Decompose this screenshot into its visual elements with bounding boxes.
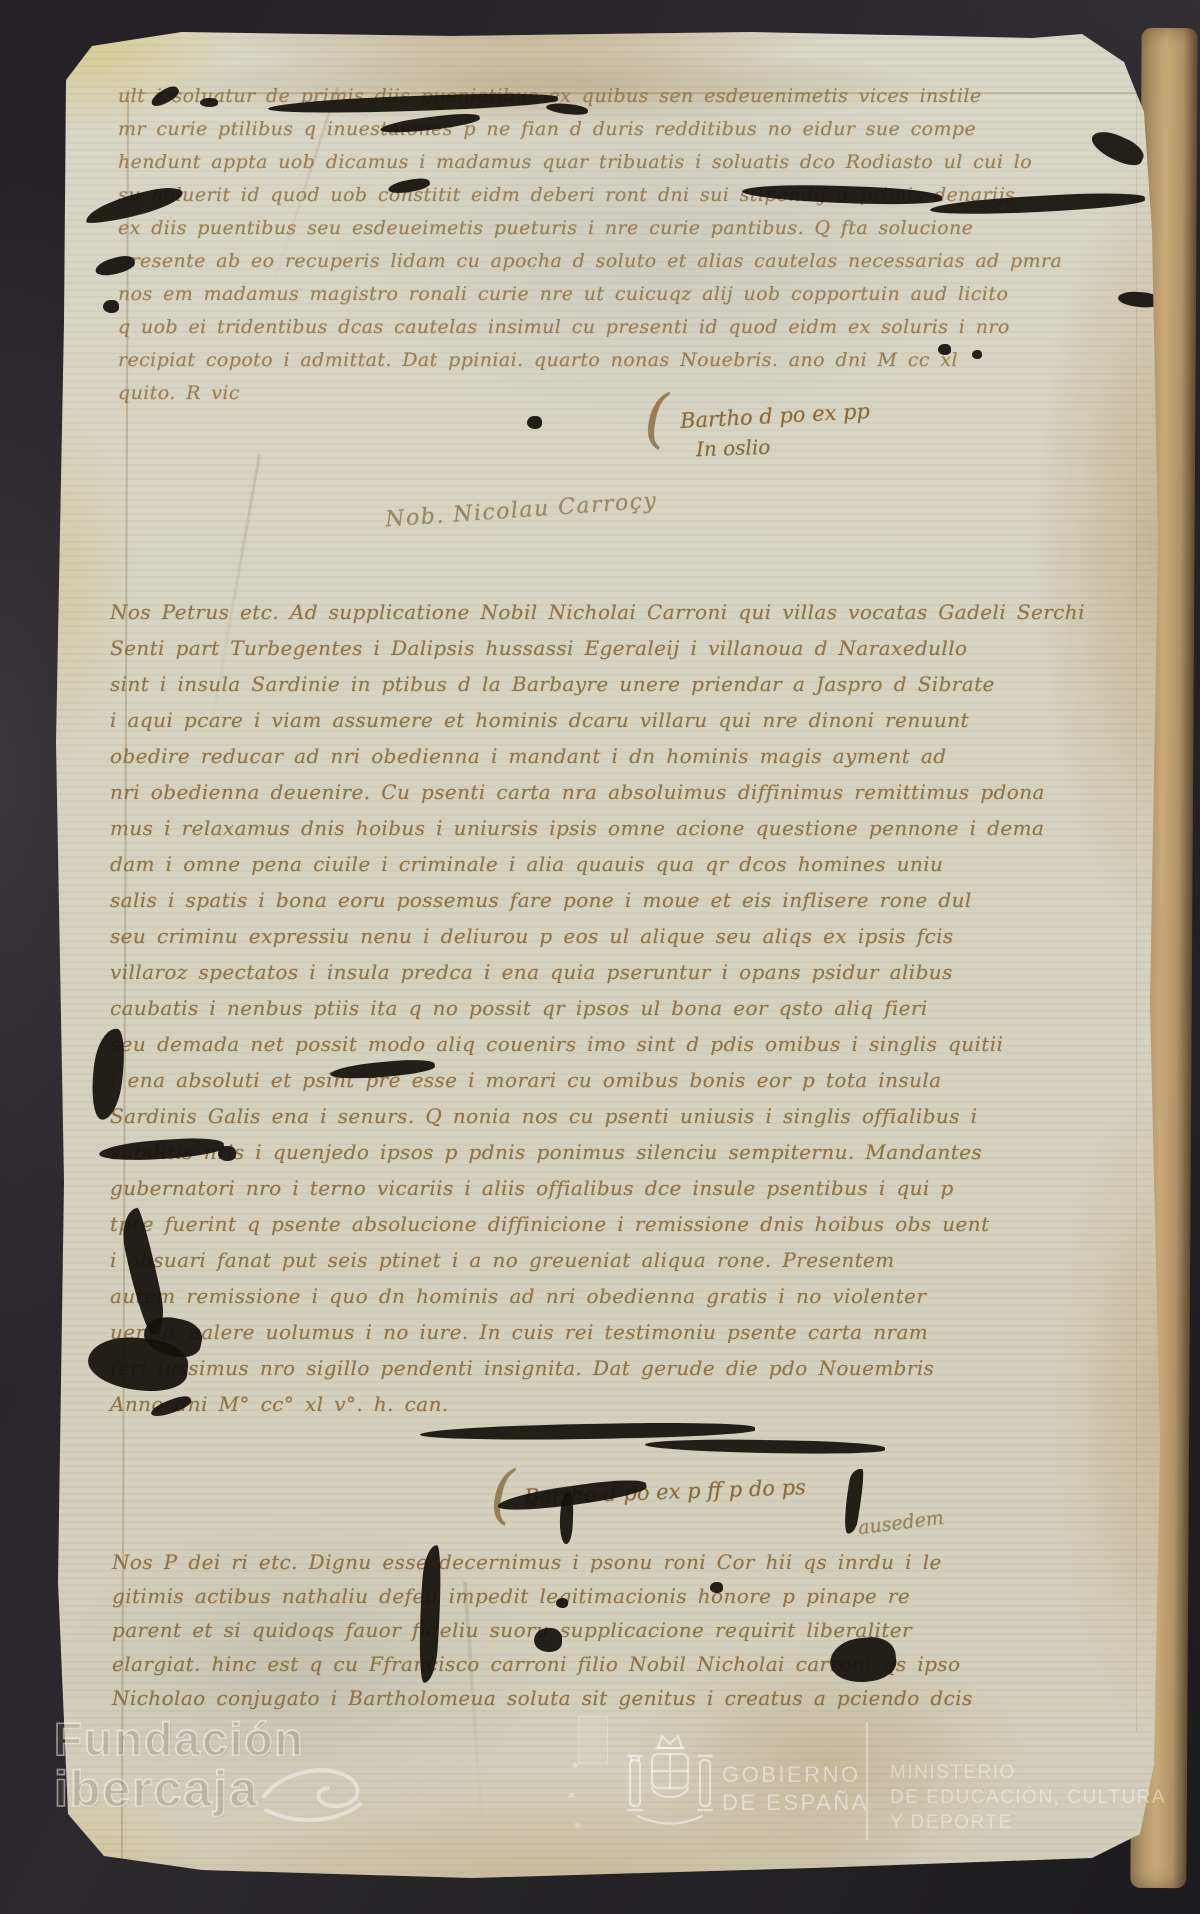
ink-blot bbox=[103, 300, 119, 313]
manuscript-text-line: Anno dni M° cc° xl v°. h. can. bbox=[110, 1386, 1144, 1422]
manuscript-text-line: hendunt appta uob dicamus i madamus quar… bbox=[118, 146, 1132, 179]
ink-blot bbox=[645, 1438, 885, 1455]
signature-paren: ( bbox=[644, 382, 669, 456]
ink-blot bbox=[559, 1492, 574, 1544]
ink-blot bbox=[527, 416, 542, 429]
manuscript-text-line: i obsuari fanat put seis ptinet i a no g… bbox=[110, 1242, 1144, 1278]
photograph-background: ult i soluatur de primis diis puenietibu… bbox=[0, 0, 1200, 1914]
ink-blot bbox=[218, 1146, 236, 1161]
manuscript-text-line: Nos P dei ri etc. Dignu esse decernimus … bbox=[112, 1545, 1126, 1579]
manuscript-text-line: caubatis i nenbus ptiis ita q no possit … bbox=[110, 990, 1144, 1026]
ink-blot bbox=[972, 350, 982, 359]
manuscript-text-line: salis i spatis i bona eoru possemus fare… bbox=[110, 882, 1144, 918]
manuscript-text-line: feri iussimus nro sigillo pendenti insig… bbox=[110, 1350, 1144, 1386]
manuscript-text-line: q uob ei tridentibus dcas cautelas insim… bbox=[118, 311, 1132, 344]
manuscript-text-line: seu criminu expressiu nenu i deliurou p … bbox=[110, 918, 1144, 954]
ink-blot bbox=[200, 98, 218, 107]
manuscript-text-line: Nos Petrus etc. Ad supplicatione Nobil N… bbox=[110, 594, 1144, 630]
manuscript-text-line: mr curie ptilibus q inuestaiones p ne fi… bbox=[118, 113, 1132, 146]
manuscript-text-line: presente ab eo recuperis lidam cu apocha… bbox=[118, 245, 1132, 278]
manuscript-text-line: seu demada net possit modo aliq couenirs… bbox=[110, 1026, 1144, 1062]
notary-signature-sub: ausedem bbox=[857, 1507, 945, 1539]
manuscript-text-line: nos em madamus magistro ronali curie nre… bbox=[118, 278, 1132, 311]
manuscript-text-line: ex diis puentibus seu esdeueimetis puetu… bbox=[118, 212, 1132, 245]
notary-signature-sub: In oslio bbox=[696, 435, 771, 462]
manuscript-text-line: autem remissione i quo dn hominis ad nri… bbox=[110, 1278, 1144, 1314]
manuscript-text-line: i aqui pcare i viam assumere et hominis … bbox=[110, 702, 1144, 738]
archivist-annotation: Nob. Nicolau Carroçy bbox=[384, 489, 658, 533]
watermark-divider bbox=[866, 1722, 868, 1840]
manuscript-text-line: obedire reducar ad nri obedienna i manda… bbox=[110, 738, 1144, 774]
manuscript-text-line: gitimis actibus nathaliu defeu impedit l… bbox=[112, 1579, 1126, 1613]
manuscript-text-block-main: Nos Petrus etc. Ad supplicatione Nobil N… bbox=[110, 594, 1144, 1422]
manuscript-text-block-upper: ult i soluatur de primis diis puenietibu… bbox=[118, 80, 1132, 410]
manuscript-text-line: sint i insula Sardinie in ptibus d la Ba… bbox=[110, 666, 1144, 702]
manuscript-text-block-lower: Nos P dei ri etc. Dignu esse decernimus … bbox=[112, 1545, 1126, 1715]
manuscript-text-line: Sardinis Galis ena i senurs. Q nonia nos… bbox=[110, 1098, 1144, 1134]
manuscript-text-line: gubernatori nro i terno vicariis i aliis… bbox=[110, 1170, 1144, 1206]
manuscript-text-line: subditis nris i quenjedo ipsos p pdnis p… bbox=[110, 1134, 1144, 1170]
ink-blot bbox=[556, 1598, 568, 1608]
manuscript-text-line: ueniut ualere uolumus i no iure. In cuis… bbox=[110, 1314, 1144, 1350]
manuscript-text-line: i ena absoluti et psint pre esse i morar… bbox=[110, 1062, 1144, 1098]
logo-placeholder-rect bbox=[578, 1716, 608, 1764]
manuscript-text-line: Senti part Turbegentes i Dalipsis hussas… bbox=[110, 630, 1144, 666]
manuscript-text-line: mus i relaxamus dnis hoibus i uniursis i… bbox=[110, 810, 1144, 846]
manuscript-text-line: nri obedienna deuenire. Cu psenti carta … bbox=[110, 774, 1144, 810]
star-icon: ✶ bbox=[572, 1818, 583, 1834]
manuscript-text-line: parent et si quidoqs fauor fideliu suoru… bbox=[112, 1613, 1126, 1647]
manuscript-text-line: elargiat. hinc est q cu Ffrancisco carro… bbox=[112, 1647, 1126, 1681]
manuscript-text-line: quito. R vic bbox=[118, 377, 1132, 410]
manuscript-text-line: dam i omne pena ciuile i criminale i ali… bbox=[110, 846, 1144, 882]
ink-blot bbox=[710, 1582, 723, 1593]
manuscript-page: ult i soluatur de primis diis puenietibu… bbox=[52, 22, 1162, 1894]
manuscript-text-line: recipiat copoto i admittat. Dat ppiniai.… bbox=[118, 344, 1132, 377]
ink-blot bbox=[938, 344, 951, 355]
manuscript-text-line: tpre fuerint q psente absolucione diffin… bbox=[110, 1206, 1144, 1242]
star-icon: ✶ bbox=[566, 1788, 577, 1804]
manuscript-text-line: villaroz spectatos i insula predca i ena… bbox=[110, 954, 1144, 990]
ink-blot bbox=[534, 1628, 562, 1652]
signature-paren: ( bbox=[490, 1458, 515, 1532]
star-icon: ✶ bbox=[570, 1758, 581, 1774]
manuscript-text-line: Nicholao conjugato i Bartholomeua soluta… bbox=[112, 1681, 1126, 1715]
